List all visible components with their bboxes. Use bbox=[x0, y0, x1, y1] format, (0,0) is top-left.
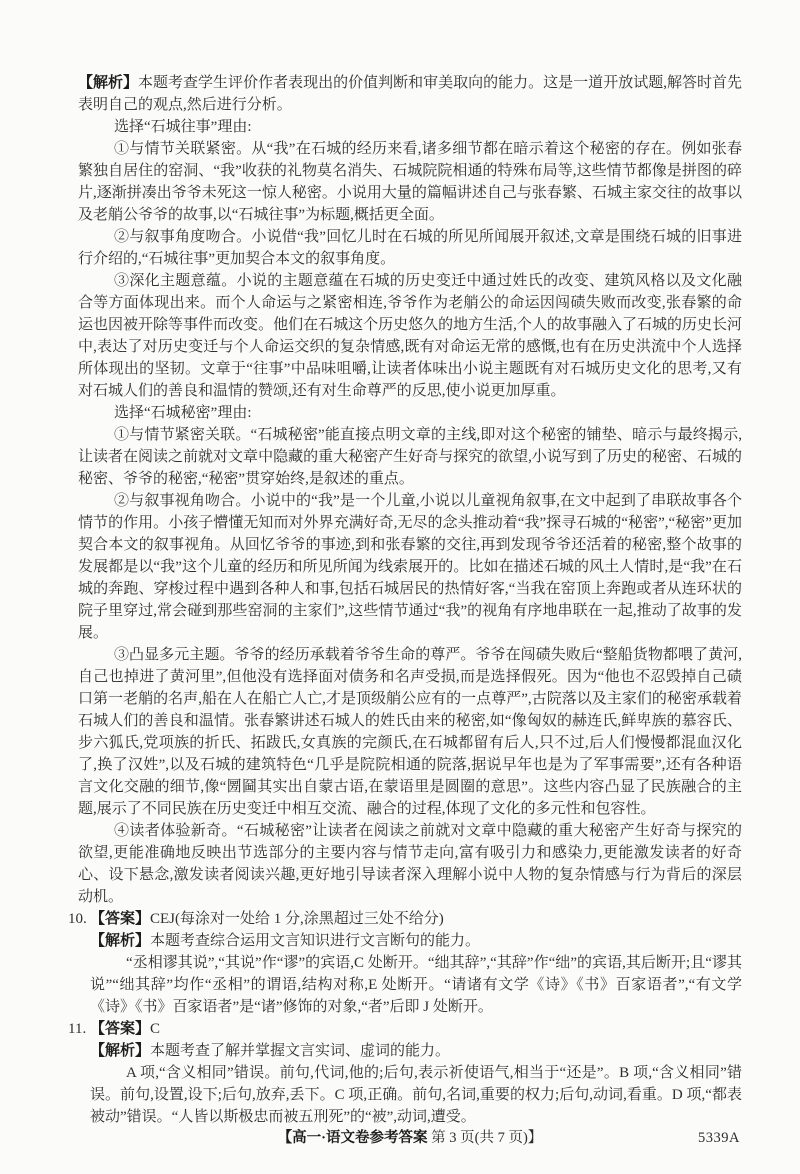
paragraph: ③凸显多元主题。爷爷的经历承载着爷爷生命的尊严。爷爷在闯碛失败后“整船货物都喂了… bbox=[78, 644, 742, 820]
paragraph-text: ①与情节关联紧密。从“我”在石城的经历来看,诸多细节都在暗示着这个秘密的存在。例… bbox=[78, 141, 742, 223]
answer-label: 【答案】 bbox=[90, 1021, 150, 1037]
question-number: 11. bbox=[68, 1018, 86, 1040]
document-page: 【解析】本题考查学生评价作者表现出的价值判断和审美取向的能力。这是一道开放试题,… bbox=[0, 0, 800, 1130]
paragraph-text: A 项,“含义相同”错误。前句,代词,他的;后句,表示祈使语气,相当于“还是”。… bbox=[90, 1065, 742, 1125]
paragraph: 【解析】本题考查综合运用文言知识进行文言断句的能力。 bbox=[90, 930, 742, 952]
paragraph-text: 选择“石城往事”理由: bbox=[114, 119, 251, 135]
paragraph: ④读者体验新奇。“石城秘密”让读者在阅读之前就对文章中隐藏的重大秘密产生好奇与探… bbox=[78, 820, 742, 908]
paragraph-text: CEJ(每涂对一处给 1 分,涂黑超过三处不给分) bbox=[150, 911, 444, 927]
question-number: 10. bbox=[68, 908, 87, 930]
paper-code: 5339A bbox=[698, 1128, 740, 1148]
paragraph: 【解析】本题考查学生评价作者表现出的价值判断和审美取向的能力。这是一道开放试题,… bbox=[78, 72, 742, 116]
paragraph: A 项,“含义相同”错误。前句,代词,他的;后句,表示祈使语气,相当于“还是”。… bbox=[90, 1062, 742, 1128]
paragraph-text: ②与叙事视角吻合。小说中的“我”是一个儿童,小说以儿童视角叙事,在文中起到了串联… bbox=[78, 493, 742, 641]
page-footer: 【高一·语文卷参考答案 第 3 页(共 7 页)】 5339A bbox=[0, 1128, 800, 1174]
paragraph: ①与情节紧密关联。“石城秘密”能直接点明文章的主线,即对这个秘密的铺垫、暗示与最… bbox=[78, 424, 742, 490]
paragraph-text: 本题考查综合运用文言知识进行文言断句的能力。 bbox=[150, 933, 480, 949]
paragraph: ①与情节关联紧密。从“我”在石城的经历来看,诸多细节都在暗示着这个秘密的存在。例… bbox=[78, 138, 742, 226]
paragraph: 【解析】本题考查了解并掌握文言实词、虚词的能力。 bbox=[90, 1040, 742, 1062]
footer-title: 【高一·语文卷参考答案 bbox=[278, 1130, 428, 1146]
paragraph-text: ②与叙事角度吻合。小说借“我”回忆儿时在石城的所见所闻展开叙述,文章是围绕石城的… bbox=[78, 229, 742, 267]
paragraph-text: ③凸显多元主题。爷爷的经历承载着爷爷生命的尊严。爷爷在闯碛失败后“整船货物都喂了… bbox=[78, 647, 742, 817]
paragraph-text: “丞相谬其说”,“其说”作“谬”的宾语,C 处断开。“绌其辞”,“其辞”作“绌”… bbox=[90, 955, 742, 1015]
paragraph-text: 本题考查了解并掌握文言实词、虚词的能力。 bbox=[150, 1043, 450, 1059]
answer-label: 【答案】 bbox=[90, 911, 150, 927]
paragraph: “丞相谬其说”,“其说”作“谬”的宾语,C 处断开。“绌其辞”,“其辞”作“绌”… bbox=[90, 952, 742, 1018]
analysis-label: 【解析】 bbox=[90, 1043, 150, 1059]
paragraph-text: 本题考查学生评价作者表现出的价值判断和审美取向的能力。这是一道开放试题,解答时首… bbox=[78, 75, 742, 113]
analysis-label: 【解析】 bbox=[78, 75, 138, 91]
analysis-label: 【解析】 bbox=[90, 933, 150, 949]
paragraph-text: ①与情节紧密关联。“石城秘密”能直接点明文章的主线,即对这个秘密的铺垫、暗示与最… bbox=[78, 427, 742, 487]
paragraph: 选择“石城秘密”理由: bbox=[78, 402, 742, 424]
answer-item-10: 10.【答案】CEJ(每涂对一处给 1 分,涂黑超过三处不给分) bbox=[90, 908, 742, 930]
paragraph: 选择“石城往事”理由: bbox=[78, 116, 742, 138]
answer-key-content: 【解析】本题考查学生评价作者表现出的价值判断和审美取向的能力。这是一道开放试题,… bbox=[0, 0, 800, 1128]
paragraph-text: ③深化主题意蕴。小说的主题意蕴在石城的历史变迁中通过姓氏的改变、建筑风格以及文化… bbox=[78, 273, 742, 399]
paragraph: ③深化主题意蕴。小说的主题意蕴在石城的历史变迁中通过姓氏的改变、建筑风格以及文化… bbox=[78, 270, 742, 402]
paragraph: ②与叙事角度吻合。小说借“我”回忆儿时在石城的所见所闻展开叙述,文章是围绕石城的… bbox=[78, 226, 742, 270]
answer-item-11: 11.【答案】C bbox=[90, 1018, 742, 1040]
paragraph-text: ④读者体验新奇。“石城秘密”让读者在阅读之前就对文章中隐藏的重大秘密产生好奇与探… bbox=[78, 823, 742, 905]
paragraph: ②与叙事视角吻合。小说中的“我”是一个儿童,小说以儿童视角叙事,在文中起到了串联… bbox=[78, 490, 742, 644]
paragraph-text: 选择“石城秘密”理由: bbox=[114, 405, 251, 421]
paragraph-text: C bbox=[150, 1021, 160, 1037]
footer-page-number: 第 3 页(共 7 页)】 bbox=[431, 1130, 542, 1146]
